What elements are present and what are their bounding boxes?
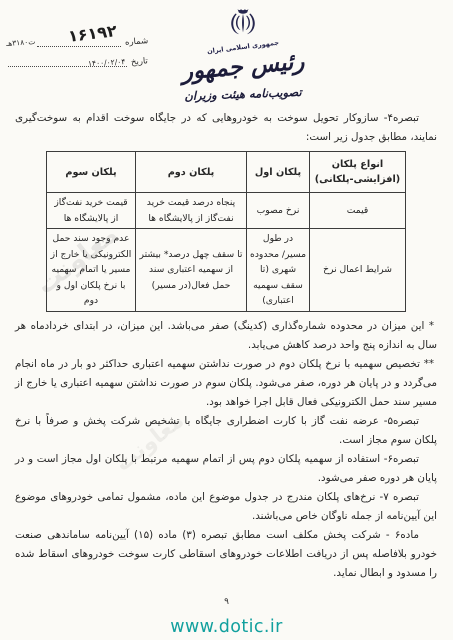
- fuel-tier-table: انواع پلکان (افزایشی-پلکانی) پلکان اول پ…: [46, 151, 406, 312]
- date-dotted-line: ۱۴۰۰/۰۲/۰۴: [8, 56, 127, 67]
- table-header-row: انواع پلکان (افزایشی-پلکانی) پلکان اول پ…: [47, 152, 406, 193]
- table-header-cell: پلکان دوم: [136, 152, 247, 193]
- paragraph-tabsereh6: تبصره۶- استفاده از سهمیه پلکان دوم پس از…: [15, 450, 437, 488]
- paragraph-tabsereh7: تبصره ۷- نرخ‌های پلکان مندرج در جدول موض…: [15, 488, 437, 526]
- number-dotted-line: ۱۶۱۹۲: [37, 36, 120, 47]
- page-number: ۹: [0, 597, 453, 607]
- table-cell: قیمت خرید نفت‌گاز از پالایشگاه ها: [47, 193, 136, 229]
- doc-number-value: ۱۶۱۹۲: [67, 21, 118, 46]
- table-cell: عدم وجود سند حمل الکترونیکی یا خارج از م…: [47, 229, 136, 312]
- paragraph-tabsereh5: تبصره۵- عرضه نفت گاز با کارت اضطراری جای…: [15, 412, 437, 450]
- table-row-price: قیمت نرخ مصوب پنجاه درصد قیمت خرید نفت‌گ…: [47, 193, 406, 229]
- table-cell: تا سقف چهل درصد* بیشتر از سهمیه اعتباری …: [136, 229, 247, 312]
- doc-number-suffix: ت۳۱۸۰هـ: [6, 37, 36, 48]
- table-cell: در طول مسیر/ محدوده شهری (تا سقف سهمیه ا…: [247, 229, 310, 312]
- document-body: تبصره۴- سازوکار تحویل سوخت به خودروهایی …: [15, 109, 437, 583]
- table-cell: پنجاه درصد قیمت خرید نفت‌گاز از پالایشگا…: [136, 193, 247, 229]
- table-header-cell: پلکان سوم: [47, 152, 136, 193]
- table-cell: قیمت: [310, 193, 406, 229]
- doc-date-value: ۱۴۰۰/۰۲/۰۴: [88, 57, 126, 68]
- table-header-cell: انواع پلکان (افزایشی-پلکانی): [310, 152, 406, 193]
- table-header-cell: پلکان اول: [247, 152, 310, 193]
- iran-emblem-icon: [227, 6, 259, 42]
- table-row-conditions: شرایط اعمال نرخ در طول مسیر/ محدوده شهری…: [47, 229, 406, 312]
- paragraph-madeh6: ماده۶ - شرکت پخش مکلف است مطابق تبصره (۳…: [15, 526, 437, 583]
- table-cell: نرخ مصوب: [247, 193, 310, 229]
- table-cell: شرایط اعمال نرخ: [310, 229, 406, 312]
- scanned-document-page: شماره ۱۶۱۹۲ ت۳۱۸۰هـ تاریخ ۱۴۰۰/۰۲/۰۴: [0, 0, 453, 640]
- footnote-star: * این میزان در محدوده شماره‌گذاری (کدینگ…: [15, 317, 437, 355]
- footnote-double-star: ** تخصیص سهمیه با نرخ پلکان دوم در صورت …: [15, 355, 437, 412]
- dotic-url-link[interactable]: www.dotic.ir: [0, 617, 453, 637]
- paragraph-tabsereh4: تبصره۴- سازوکار تحویل سوخت به خودروهایی …: [15, 109, 437, 147]
- letterhead: جمهوری اسلامی ایران رئیس جمهور تصویب‌نام…: [128, 6, 358, 101]
